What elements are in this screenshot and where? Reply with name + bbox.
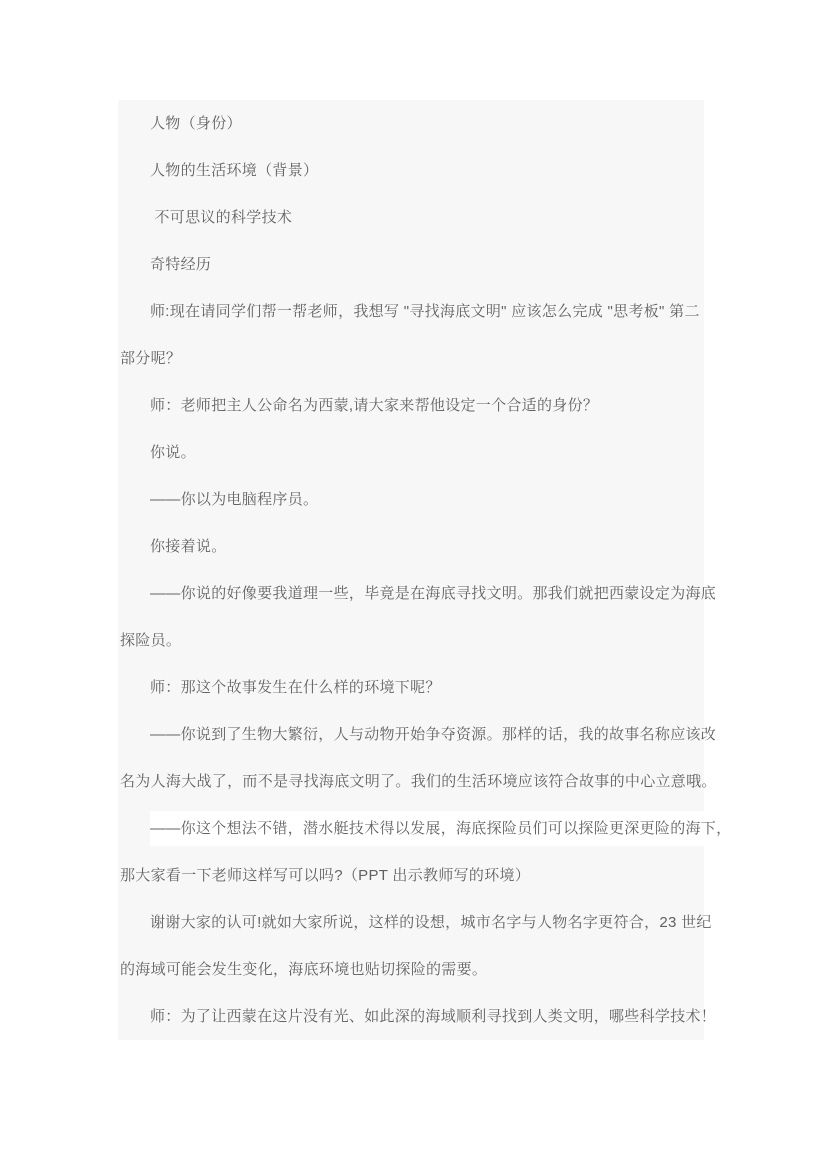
text-line-content: 人物（身份） — [150, 115, 242, 132]
text-line-content: ——你说的好像要我道理一些，毕竟是在海底寻找文明。那我们就把西蒙设定为海底 — [150, 585, 716, 602]
text-line-content: 你说。 — [150, 444, 196, 461]
text-line-content: ——你这个想法不错，潜水艇技术得以发展，海底探险员们可以探险更深更险的海下， — [150, 811, 749, 846]
text-line-content: 名为人海大战了，而不是寻找海底文明了。我们的生活环境应该符合故事的中心立意哦。 — [120, 773, 717, 790]
text-line-content: 人物的生活环境（背景） — [150, 162, 318, 179]
text-line: 师：为了让西蒙在这片没有光、如此深的海域顺利寻找到人类文明，哪些科学技术！ — [120, 993, 702, 1040]
text-line-content: ——你以为电脑程序员。 — [150, 491, 318, 508]
document-panel: 人物（身份）人物的生活环境（背景） 不可思议的科学技术奇特经历师:现在请同学们帮… — [118, 100, 704, 1040]
text-line-content: 的海域可能会发生变化，海底环境也贴切探险的需要。 — [120, 961, 487, 978]
text-line: 探险员。 — [120, 617, 702, 664]
page: 人物（身份）人物的生活环境（背景） 不可思议的科学技术奇特经历师:现在请同学们帮… — [0, 0, 827, 1170]
text-line: 的海域可能会发生变化，海底环境也贴切探险的需要。 — [120, 946, 702, 993]
text-line-content: 师:现在请同学们帮一帮老师，我想写 "寻找海底文明" 应该怎么完成 "思考板" … — [150, 303, 700, 320]
text-line: 部分呢？ — [120, 335, 702, 382]
text-line: 那大家看一下老师这样写可以吗?（PPT 出示教师写的环境） — [120, 852, 702, 899]
text-line: 奇特经历 — [120, 241, 702, 288]
text-line: 你说。 — [120, 429, 702, 476]
text-line: 人物（身份） — [120, 100, 702, 147]
text-line: 不可思议的科学技术 — [120, 194, 702, 241]
text-line: ——你说到了生物大繁衍，人与动物开始争夺资源。那样的话，我的故事名称应该改 — [120, 711, 702, 758]
text-line-content: 谢谢大家的认可!就如大家所说，这样的设想，城市名字与人物名字更符合，23 世纪 — [150, 914, 712, 931]
text-line: 名为人海大战了，而不是寻找海底文明了。我们的生活环境应该符合故事的中心立意哦。 — [120, 758, 702, 805]
text-line: 师：那这个故事发生在什么样的环境下呢？ — [120, 664, 702, 711]
text-line: ——你说的好像要我道理一些，毕竟是在海底寻找文明。那我们就把西蒙设定为海底 — [120, 570, 702, 617]
text-line-content: 师：那这个故事发生在什么样的环境下呢？ — [150, 679, 441, 696]
text-line: 你接着说。 — [120, 523, 702, 570]
text-line-content: 不可思议的科学技术 — [150, 209, 292, 226]
text-line-content: 师：老师把主人公命名为西蒙,请大家来帮他设定一个合适的身份？ — [150, 397, 598, 414]
text-line: 谢谢大家的认可!就如大家所说，这样的设想，城市名字与人物名字更符合，23 世纪 — [120, 899, 702, 946]
text-line-content: 师：为了让西蒙在这片没有光、如此深的海域顺利寻找到人类文明，哪些科学技术！ — [150, 1008, 716, 1025]
text-line: 师:现在请同学们帮一帮老师，我想写 "寻找海底文明" 应该怎么完成 "思考板" … — [120, 288, 702, 335]
text-line-content: 探险员。 — [120, 632, 181, 649]
text-line: 师：老师把主人公命名为西蒙,请大家来帮他设定一个合适的身份？ — [120, 382, 702, 429]
text-line-content: 你接着说。 — [150, 538, 227, 555]
text-line: ——你这个想法不错，潜水艇技术得以发展，海底探险员们可以探险更深更险的海下， — [120, 805, 702, 852]
text-line-content: ——你说到了生物大繁衍，人与动物开始争夺资源。那样的话，我的故事名称应该改 — [150, 726, 716, 743]
text-line-content: 部分呢？ — [120, 350, 181, 367]
text-line: ——你以为电脑程序员。 — [120, 476, 702, 523]
text-line: 人物的生活环境（背景） — [120, 147, 702, 194]
text-line-content: 那大家看一下老师这样写可以吗?（PPT 出示教师写的环境） — [120, 867, 530, 884]
document-body: 人物（身份）人物的生活环境（背景） 不可思议的科学技术奇特经历师:现在请同学们帮… — [118, 100, 704, 1040]
text-line-content: 奇特经历 — [150, 256, 211, 273]
